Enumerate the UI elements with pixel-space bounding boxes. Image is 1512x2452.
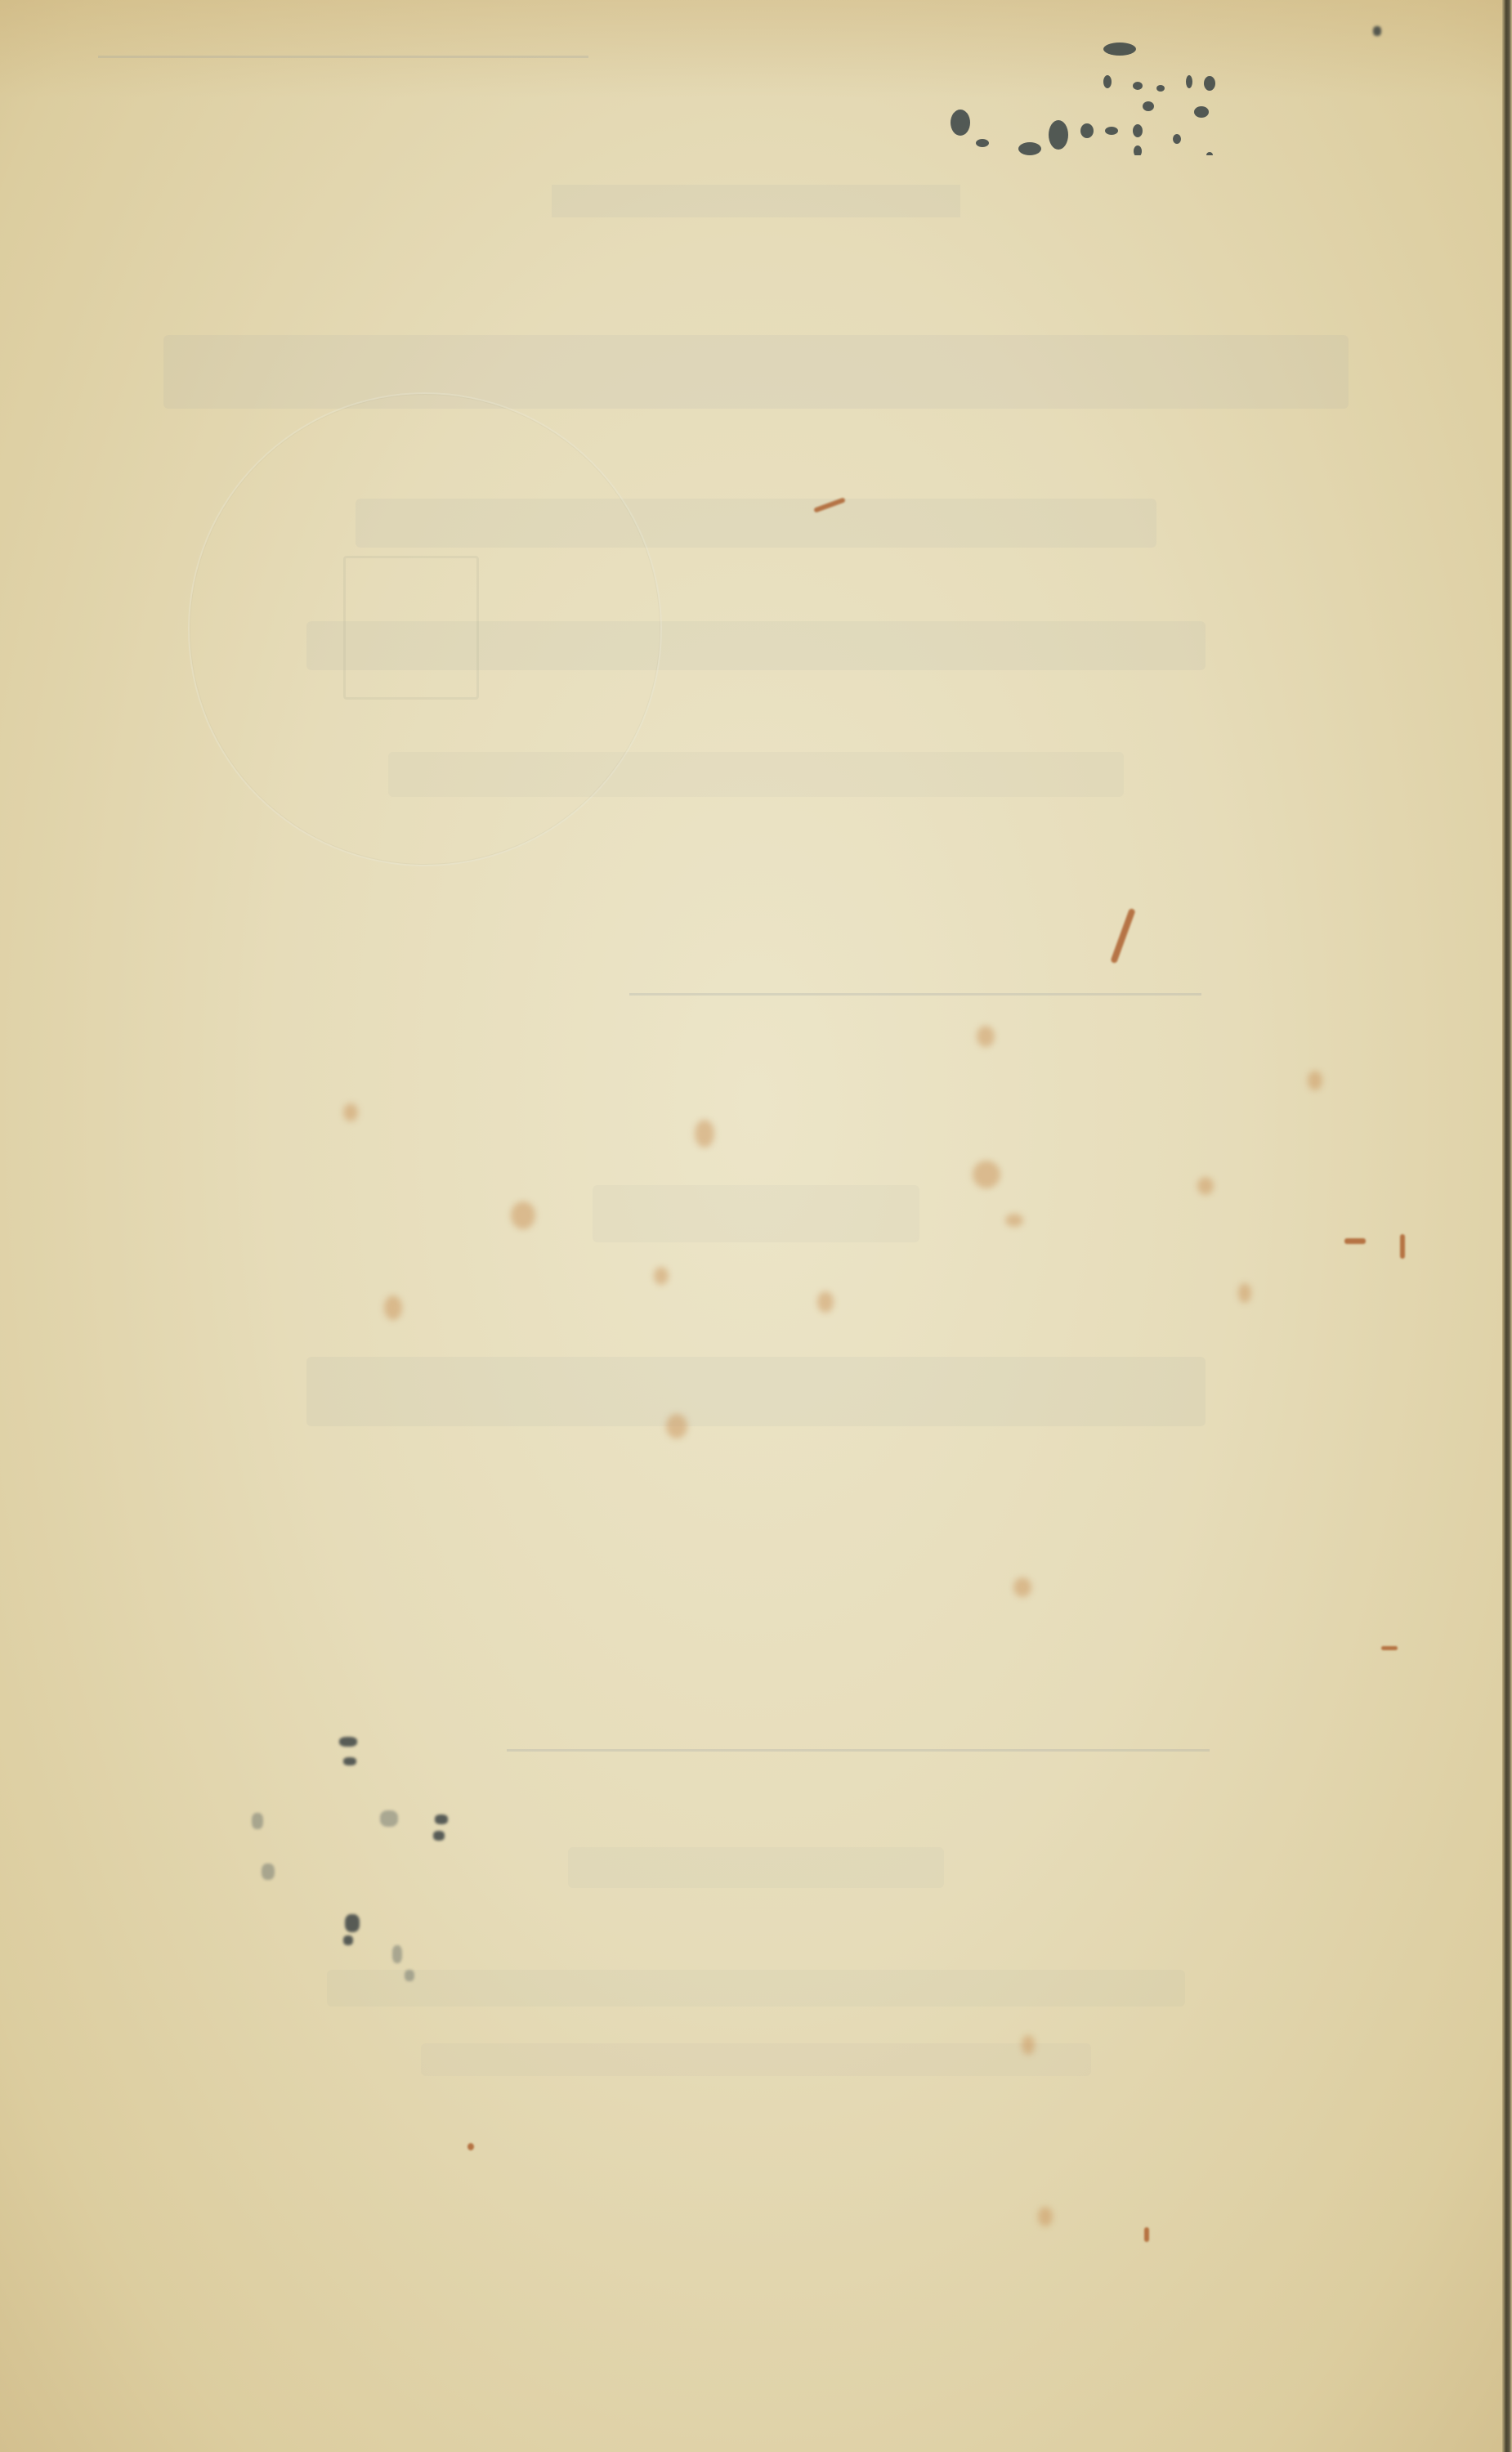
document-page [0,0,1512,2452]
show-through-rule-lower [507,1749,1210,1752]
top-edge-shading [0,0,1512,98]
show-through-rule-middle [629,993,1201,996]
top-ink-stamp [924,16,1267,155]
show-through-rule-top [98,56,588,58]
seal-emblem-icon [343,556,479,700]
ink-dot [1373,26,1381,36]
embossed-library-seal [188,392,662,866]
